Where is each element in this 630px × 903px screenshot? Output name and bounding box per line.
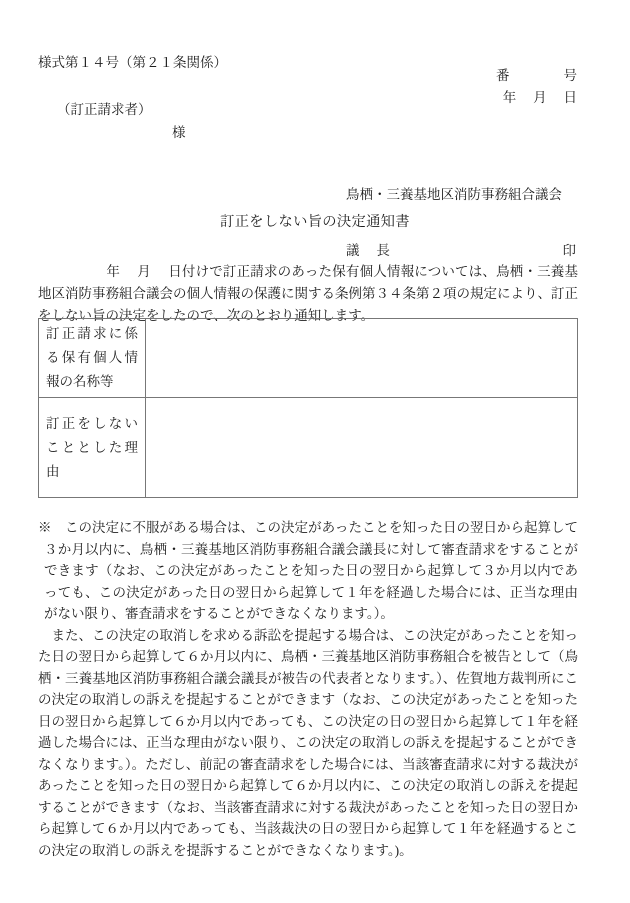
row-label-information-name: 訂正請求に係る保有個人情報の名称等 [39, 319, 146, 398]
document-date-line: 年 月 日 [503, 90, 577, 106]
form-number: 様式第１４号（第２１条関係） [38, 55, 227, 71]
note-paragraph-appeal: ※ この決定に不服がある場合は、この決定があったことを知った日の翌日から起算して… [38, 517, 578, 625]
document-number-line: 番 号 [496, 68, 577, 84]
note-block: ※ この決定に不服がある場合は、この決定があったことを知った日の翌日から起算して… [38, 517, 578, 861]
row-label-reason: 訂正をしないこととした理由 [39, 398, 146, 498]
table-row-reason: 訂正をしないこととした理由 [39, 398, 578, 498]
document-page: 様式第１４号（第２１条関係） 番 号 年 月 日 （訂正請求者） 様 鳥栖・三養… [0, 0, 630, 903]
requester-label: （訂正請求者） [57, 102, 152, 118]
seal-mark: 印 [563, 243, 577, 259]
table-row-information-name: 訂正請求に係る保有個人情報の名称等 [39, 319, 578, 398]
issuer-chair-title: 議 長 [346, 243, 390, 259]
body-paragraph: 年 月 日付けで訂正請求のあった保有個人情報については、鳥栖・三養基地区消防事務… [38, 261, 578, 327]
decision-table: 訂正請求に係る保有個人情報の名称等 訂正をしないこととした理由 [38, 318, 578, 498]
addressee-honorific: 様 [172, 125, 186, 141]
row-value-reason [146, 398, 578, 498]
document-title: 訂正をしない旨の決定通知書 [0, 214, 630, 231]
issuer-organization: 鳥栖・三養基地区消防事務組合議会 [346, 187, 576, 203]
note-paragraph-lawsuit: また、この決定の取消しを求める訴訟を提起する場合は、この決定があったことを知った… [38, 625, 578, 862]
row-value-information-name [146, 319, 578, 398]
issuer-chair-line: 議 長 印 [346, 243, 576, 259]
